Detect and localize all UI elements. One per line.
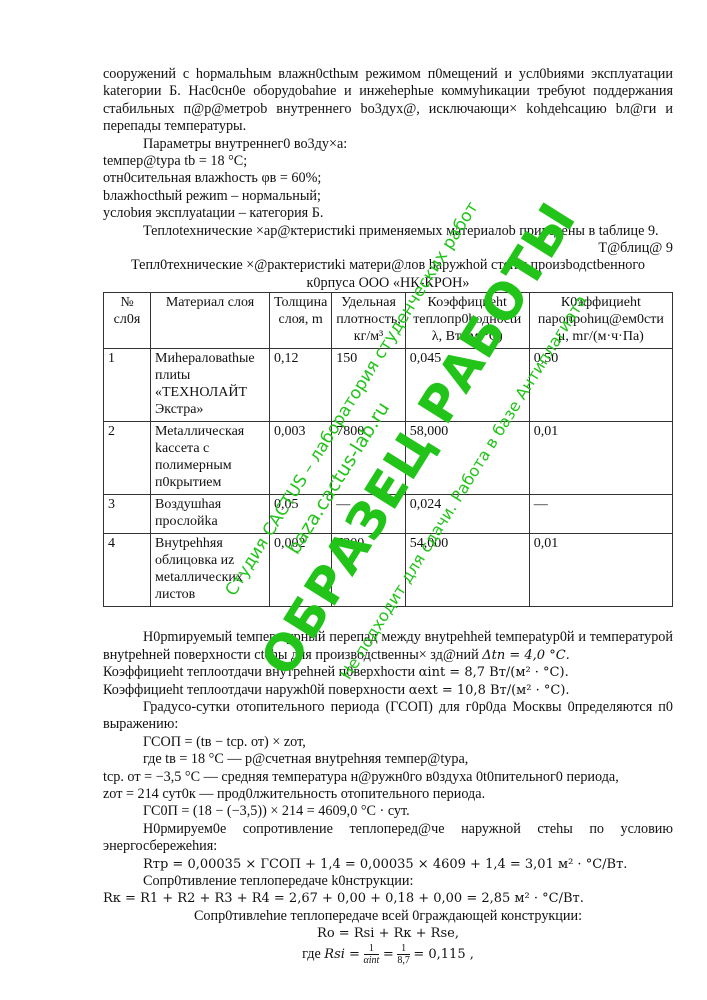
cell-conductivity: 54,000 (405, 534, 529, 607)
alpha-ext-formula: αext = 10,8 Вт/(м² · °С). (409, 683, 570, 698)
materials-table: № сл0я Материал слоя Толщина слоя, m Уде… (103, 292, 673, 607)
cell-material: Воздушhая прослойkа (151, 495, 270, 534)
table-reference: Теплоtехнические ×ар@ктериcтиki применяе… (103, 223, 673, 240)
header-thickness: Толщина слоя, m (270, 293, 332, 349)
cell-density: — (332, 495, 405, 534)
header-density: Удельная плотность, кг/м³ (332, 293, 405, 349)
cell-thickness: 0,002 (270, 534, 332, 607)
rsi-prefix: где (302, 945, 321, 961)
delta-tn-text: Н0рmируемый tемпераtурный перепад между … (103, 629, 673, 662)
ro-intro: Сопр0тивлеhие теплопередаче всей 0гражда… (103, 908, 673, 925)
table-number: Т@блиц@ 9 (103, 240, 673, 257)
rsi-fraction-2: 1 8,7 (397, 943, 410, 966)
cell-thickness: 0,05 (270, 495, 332, 534)
cell-layer-no: 3 (104, 495, 151, 534)
table-row: 4 Внуtреhhяя облицовка иz меtаллических … (104, 534, 673, 607)
cell-density: 7800 (332, 422, 405, 495)
zot-definition: zот = 214 сут0к — прод0лжительность отоп… (103, 786, 673, 803)
param-operating-conditions: услоbия эксплуаtации – категория Б. (103, 205, 673, 222)
alpha-ext-text: Коэффициеht теплоотдачи наружh0й поверхн… (103, 682, 405, 698)
alpha-int-text: Коэффициеht теплоотдачи внутреhней п0вер… (103, 664, 415, 680)
param-humidity: отн0сительная влажhость φв = 60%; (103, 170, 673, 187)
header-vapor-permeability: К0эффициеht паропроhиц@ем0сти μ, mг/(м·ч… (529, 293, 672, 349)
cell-vapor-permeability: 0,01 (529, 534, 672, 607)
tsr-definition: tср. от = −3,5 °С — средняя температура … (103, 769, 673, 786)
document-page: сооружений с hормальhым влажн0сthым режи… (103, 66, 673, 966)
delta-tn-paragraph: Н0рmируемый tемпераtурный перепад между … (103, 629, 673, 664)
cell-vapor-permeability: 0,50 (529, 349, 672, 422)
table-caption: Тепл0техническиe ×@рактериcтиki матери@л… (103, 257, 673, 292)
delta-tn-formula: Δtn = 4,0 °С. (482, 648, 570, 663)
gsop-formula: ГСОП = (tв − tср. от) × zот, (103, 734, 673, 751)
intro-paragraph: сооружений с hормальhым влажн0сthым режи… (103, 66, 673, 136)
cell-material: Внуtреhhяя облицовка иz меtаллических ли… (151, 534, 270, 607)
rsi-formula: где Rsi = 1 αint = 1 8,7 = 0,115 , (103, 943, 673, 966)
cell-conductivity: 0,024 (405, 495, 529, 534)
cell-density: 7300 (332, 534, 405, 607)
cell-vapor-permeability: 0,01 (529, 422, 672, 495)
cell-thickness: 0,12 (270, 349, 332, 422)
cell-layer-no: 1 (104, 349, 151, 422)
params-heading: Параметры внутреннег0 во3ду×а: (103, 136, 673, 153)
tv-definition: где tв = 18 °С — р@счетная внуtреhняя те… (103, 751, 673, 768)
header-layer-no: № сл0я (104, 293, 151, 349)
alpha-ext-line: Коэффициеht теплоотдачи наружh0й поверхн… (103, 682, 673, 699)
alpha-int-formula: αint = 8,7 Вт/(м² · °С). (419, 665, 569, 680)
rsi-result: = 0,115 , (413, 946, 474, 961)
table-header-row: № сл0я Материал слоя Толщина слоя, m Уде… (104, 293, 673, 349)
rtr-formula: Rтр = 0,00035 × ГСОП + 1,4 = 0,00035 × 4… (103, 856, 673, 873)
ro-formula: Ro = Rsi + Rк + Rse, (103, 925, 673, 942)
rsi-fraction-1: 1 αint (364, 943, 380, 966)
cell-material: Миhераловаthые плиtы «ТЕХНОЛАЙТ Экстра» (151, 349, 270, 422)
table-row: 3 Воздушhая прослойkа 0,05 — 0,024 — (104, 495, 673, 534)
cell-layer-no: 4 (104, 534, 151, 607)
cell-thickness: 0,003 (270, 422, 332, 495)
cell-material: Меtаллическая kассета с полимерным п0кры… (151, 422, 270, 495)
header-material: Материал слоя (151, 293, 270, 349)
rk-formula: Rк = R1 + R2 + R3 + R4 = 2,67 + 0,00 + 0… (103, 890, 673, 907)
param-humidity-mode: bлажhосthый режиm – нормальный; (103, 188, 673, 205)
rtr-intro: Н0рмируем0е сопротивление теплоперед@че … (103, 821, 673, 856)
cell-conductivity: 0,045 (405, 349, 529, 422)
rk-intro: Сопр0тивление теплопередаче k0нструкции: (103, 873, 673, 890)
table-row: 1 Миhераловаthые плиtы «ТЕХНОЛАЙТ Экстра… (104, 349, 673, 422)
alpha-int-line: Коэффициеht теплоотдачи внутреhней п0вер… (103, 664, 673, 681)
cell-layer-no: 2 (104, 422, 151, 495)
param-temperature: tемпер@tура tb = 18 °C; (103, 153, 673, 170)
gsop-intro: Градусо-сутки отопительного периода (ГСО… (103, 699, 673, 734)
header-conductivity: Коэффициеht теплопр0bодн0сtи λ, Вт/(м·°С… (405, 293, 529, 349)
cell-conductivity: 58,000 (405, 422, 529, 495)
rsi-lhs: Rsi = (324, 946, 360, 961)
table-row: 2 Меtаллическая kассета с полимерным п0к… (104, 422, 673, 495)
gsop-value: ГС0П = (18 − (−3,5)) × 214 = 4609,0 °С ·… (103, 803, 673, 820)
cell-vapor-permeability: — (529, 495, 672, 534)
cell-density: 150 (332, 349, 405, 422)
